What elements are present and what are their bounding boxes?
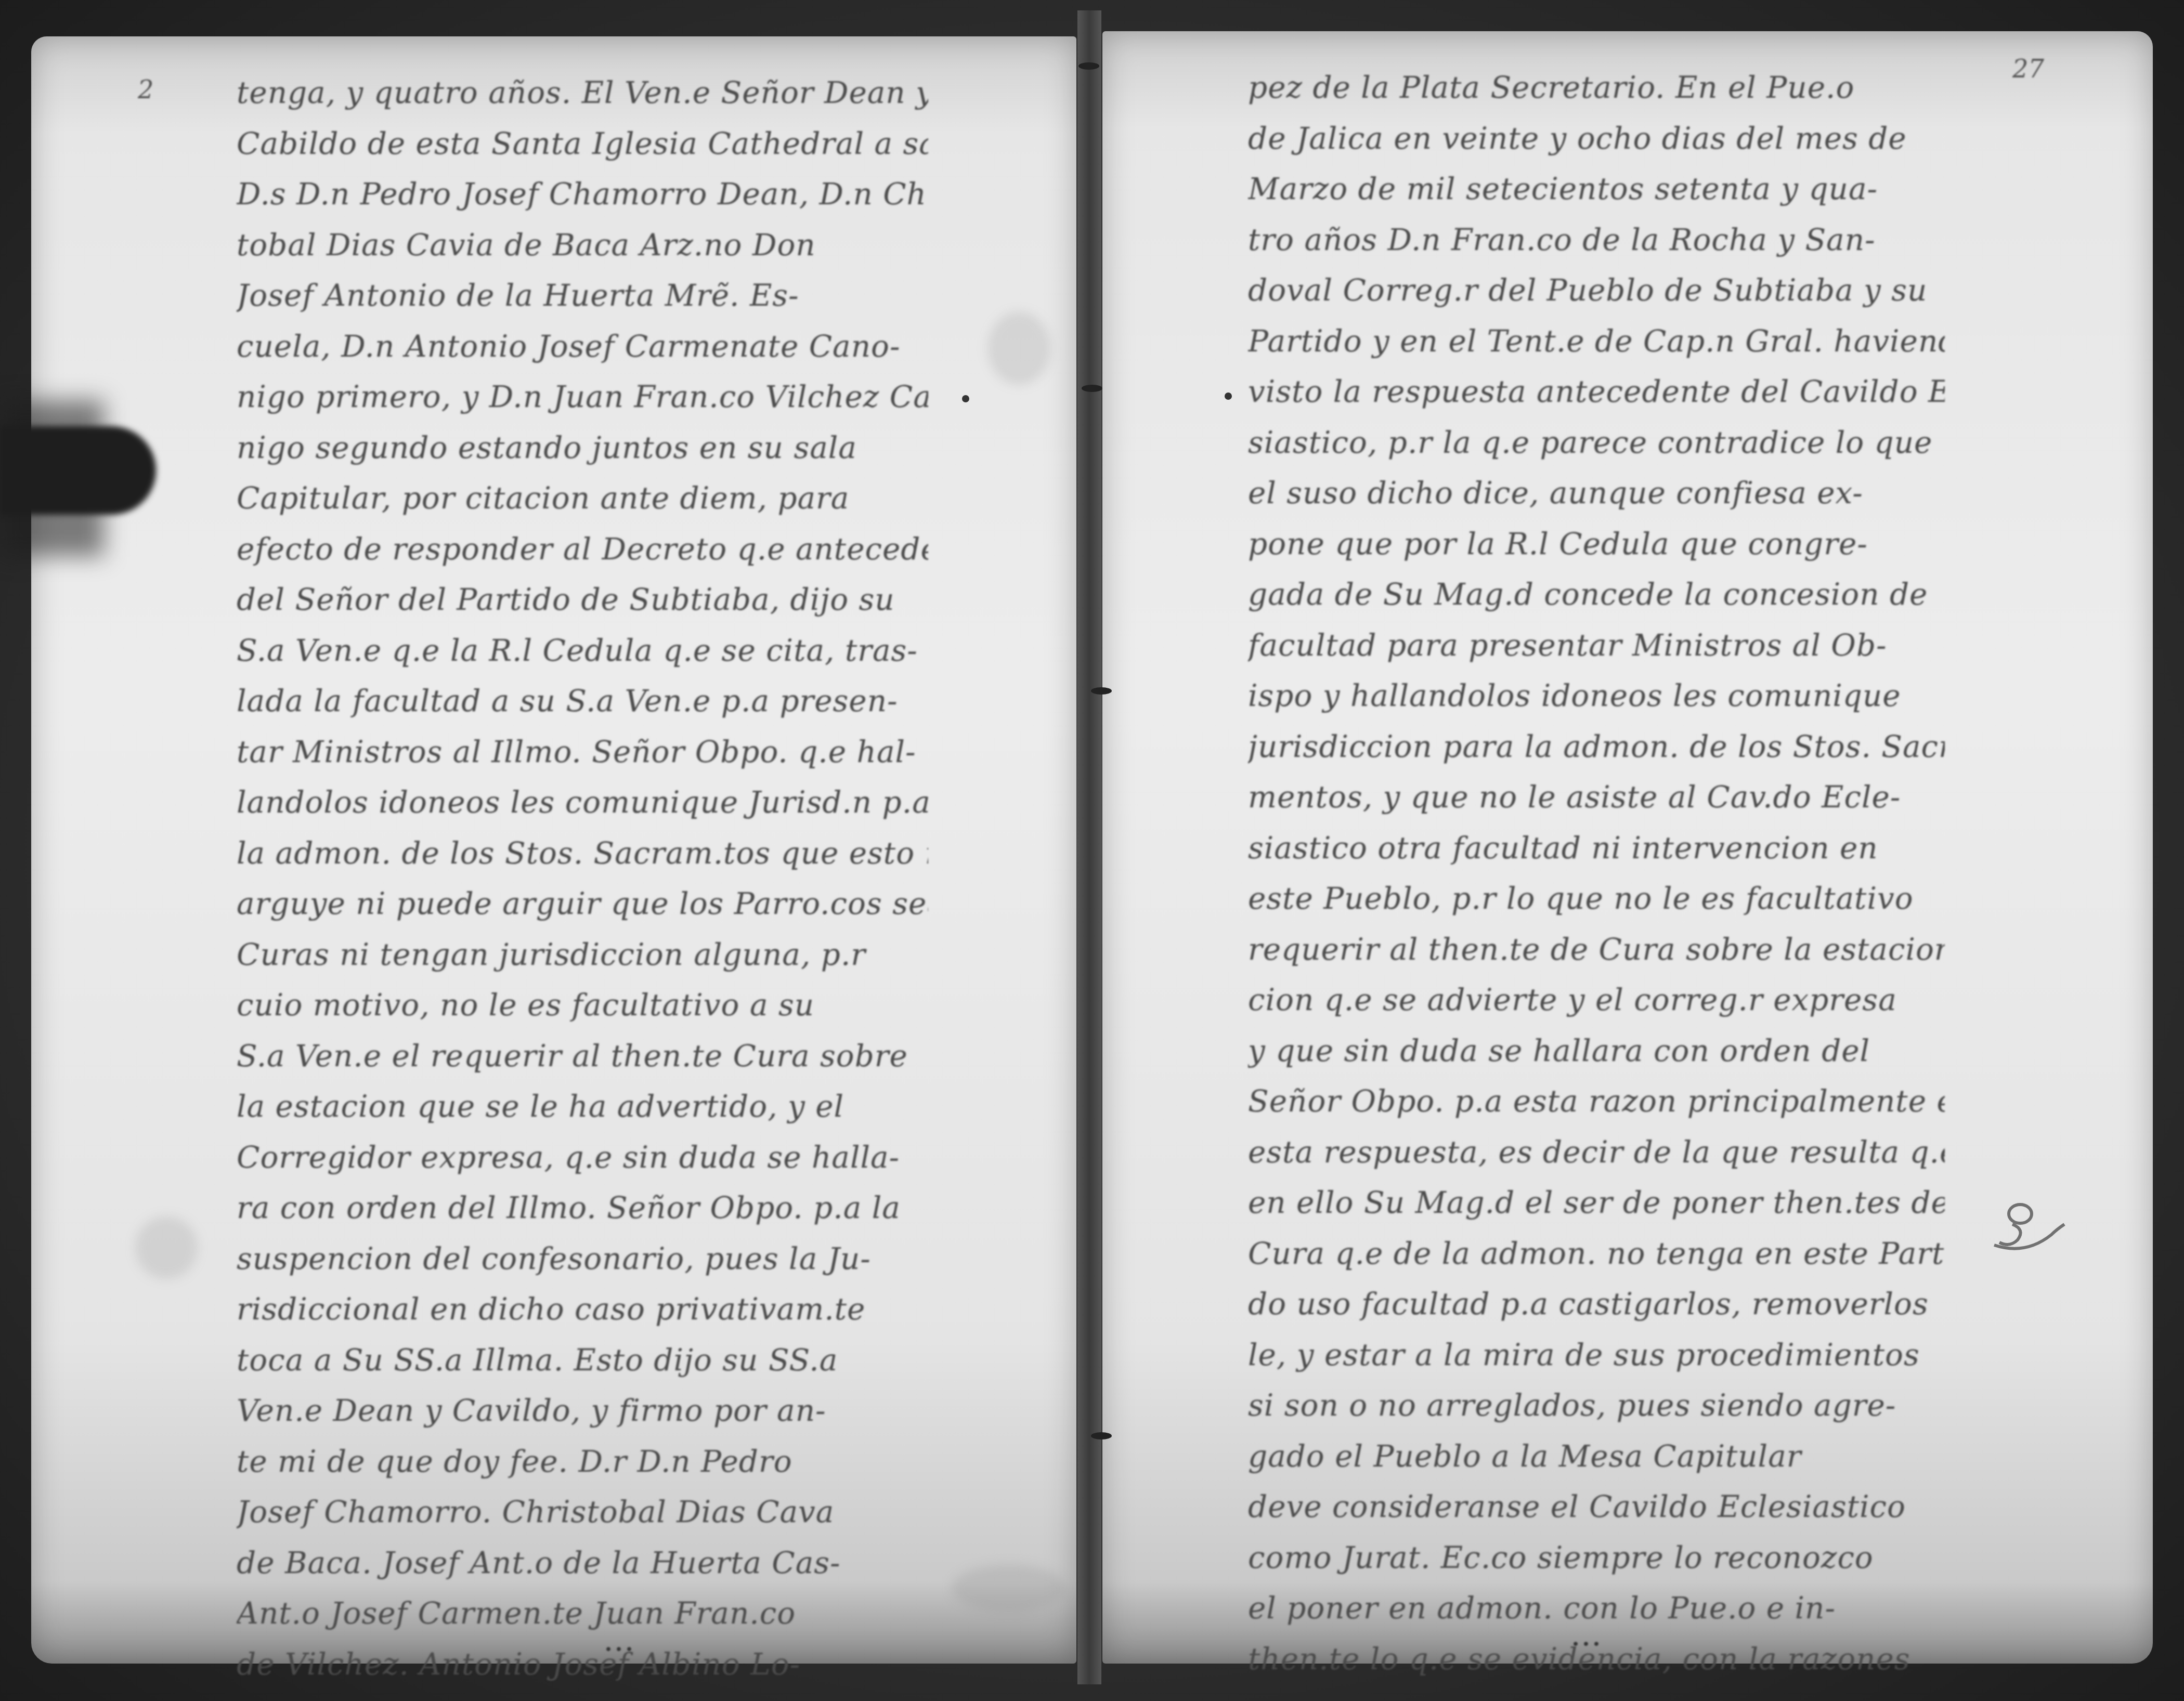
manuscript-line: siastico, p.r la q.e parece contradice l… xyxy=(1248,417,1945,468)
manuscript-line: Ant.o Josef Carmen.te Juan Fran.co xyxy=(237,1588,928,1639)
manuscript-line: este Pueblo, p.r lo que no le es faculta… xyxy=(1248,873,1945,924)
manuscript-line: como Jurat. Ec.co siempre lo reconozco xyxy=(1248,1533,1945,1584)
thumb-shadow xyxy=(0,426,156,515)
manuscript-line: en ello Su Mag.d el ser de poner then.te… xyxy=(1248,1177,1945,1228)
left-catchword: … xyxy=(603,1622,634,1658)
manuscript-line: cion q.e se advierte y el correg.r expre… xyxy=(1248,975,1945,1026)
manuscript-line: Ven.e Dean y Cavildo, y firmo por an- xyxy=(237,1385,928,1436)
manuscript-line: do uso facultad p.a castigarlos, remover… xyxy=(1248,1279,1945,1330)
right-page-text: pez de la Plata Secretario. En el Pue.o … xyxy=(1248,62,1945,1684)
manuscript-line: suspencion del confesonario, pues la Ju- xyxy=(237,1234,928,1285)
manuscript-line: de Baca. Josef Ant.o de la Huerta Cas- xyxy=(237,1538,928,1589)
manuscript-line: Josef Chamorro. Christobal Dias Cava xyxy=(237,1487,928,1538)
left-page-text: tenga, y quatro años. El Ven.e Señor Dea… xyxy=(237,68,928,1690)
paper-stain xyxy=(135,1216,198,1279)
binding-gutter xyxy=(1077,10,1101,1684)
manuscript-line: Cabildo de esta Santa Iglesia Cathedral … xyxy=(237,119,928,169)
manuscript-line: Cura q.e de la admon. no tenga en este P… xyxy=(1248,1228,1945,1279)
manuscript-line: visto la respuesta antecedente del Cavil… xyxy=(1248,367,1945,417)
manuscript-line: ra con orden del Illmo. Señor Obpo. p.a … xyxy=(237,1183,928,1234)
manuscript-line: cuio motivo, no le es facultativo a su xyxy=(237,980,928,1031)
manuscript-line: S.a Ven.e q.e la R.l Cedula q.e se cita,… xyxy=(237,625,928,676)
manuscript-line: ispo y hallandolos idoneos les comunique xyxy=(1248,671,1945,722)
paper-stain xyxy=(952,1565,1066,1612)
gutter-fastener-mark xyxy=(1082,385,1102,392)
manuscript-line: D.s D.n Pedro Josef Chamorro Dean, D.n C… xyxy=(237,169,928,220)
manuscript-line: y que sin duda se hallara con orden del xyxy=(1248,1026,1945,1077)
manuscript-line: toca a Su SS.a Illma. Esto dijo su SS.a xyxy=(237,1335,928,1386)
manuscript-line: Capitular, por citacion ante diem, para xyxy=(237,473,928,524)
right-catchword: … xyxy=(1570,1617,1602,1653)
manuscript-line: jurisdiccion para la admon. de los Stos.… xyxy=(1248,722,1945,773)
manuscript-line: tro años D.n Fran.co de la Rocha y San- xyxy=(1248,215,1945,266)
right-folio-number: 27 xyxy=(2012,55,2044,84)
manuscript-line: Partido y en el Tent.e de Cap.n Gral. ha… xyxy=(1248,316,1945,367)
manuscript-line: gada de Su Mag.d concede la concesion de xyxy=(1248,569,1945,620)
manuscript-line: mentos, y que no le asiste al Cav.do Ecl… xyxy=(1248,772,1945,823)
left-folio-mark: 2 xyxy=(138,75,154,104)
gutter-fastener-mark xyxy=(1091,687,1112,695)
manuscript-line: esta respuesta, es decir de la que resul… xyxy=(1248,1127,1945,1178)
manuscript-line: pone que por la R.l Cedula que congre- xyxy=(1248,519,1945,570)
manuscript-line: facultad para presentar Ministros al Ob- xyxy=(1248,620,1945,671)
manuscript-line: te mi de que doy fee. D.r D.n Pedro xyxy=(237,1436,928,1487)
manuscript-line: el suso dicho dice, aunque confiesa ex- xyxy=(1248,468,1945,519)
manuscript-line: tenga, y quatro años. El Ven.e Señor Dea… xyxy=(237,68,928,119)
manuscript-line: del Señor del Partido de Subtiaba, dijo … xyxy=(237,574,928,625)
manuscript-line: pez de la Plata Secretario. En el Pue.o xyxy=(1248,62,1945,113)
manuscript-line: de Vilchez. Antonio Josef Albino Lo- xyxy=(237,1639,928,1690)
manuscript-line: Marzo de mil setecientos setenta y qua- xyxy=(1248,164,1945,215)
ink-dot xyxy=(962,395,969,402)
manuscript-line: nigo primero, y D.n Juan Fran.co Vilchez… xyxy=(237,372,928,423)
manuscript-line: Josef Antonio de la Huerta Mrẽ. Es- xyxy=(237,270,928,321)
manuscript-line: cuela, D.n Antonio Josef Carmenate Cano- xyxy=(237,321,928,372)
manuscript-line: tobal Dias Cavia de Baca Arz.no Don xyxy=(237,220,928,271)
gutter-fastener-mark xyxy=(1078,62,1099,70)
manuscript-line: landolos idoneos les comunique Jurisd.n … xyxy=(237,777,928,828)
manuscript-line: S.a Ven.e el requerir al then.te Cura so… xyxy=(237,1031,928,1082)
manuscript-line: arguye ni puede arguir que los Parro.cos… xyxy=(237,879,928,930)
manuscript-line: de Jalica en veinte y ocho dias del mes … xyxy=(1248,113,1945,164)
manuscript-line: efecto de responder al Decreto q.e antec… xyxy=(237,524,928,575)
manuscript-line: la admon. de los Stos. Sacram.tos que es… xyxy=(237,828,928,879)
gutter-fastener-mark xyxy=(1091,1432,1112,1440)
manuscript-line: tar Ministros al Illmo. Señor Obpo. q.e … xyxy=(237,727,928,778)
manuscript-line: requerir al then.te de Cura sobre la est… xyxy=(1248,924,1945,975)
manuscript-line: siastico otra facultad ni intervencion e… xyxy=(1248,823,1945,874)
manuscript-line: le, y estar a la mira de sus procedimien… xyxy=(1248,1330,1945,1381)
manuscript-line: lada la facultad a su S.a Ven.e p.a pres… xyxy=(237,676,928,727)
manuscript-line: Curas ni tengan jurisdiccion alguna, p.r xyxy=(237,930,928,980)
manuscript-line: gado el Pueblo a la Mesa Capitular xyxy=(1248,1431,1945,1482)
manuscript-line: risdiccional en dicho caso privativam.te xyxy=(237,1284,928,1335)
manuscript-line: si son o no arreglados, pues siendo agre… xyxy=(1248,1380,1945,1431)
paper-stain xyxy=(988,312,1050,385)
manuscript-line: Señor Obpo. p.a esta razon principalment… xyxy=(1248,1076,1945,1127)
manuscript-line: nigo segundo estando juntos en su sala xyxy=(237,423,928,474)
rubric-flourish-icon xyxy=(1992,1196,2070,1258)
ink-dot xyxy=(1225,392,1232,400)
manuscript-line: doval Correg.r del Pueblo de Subtiaba y … xyxy=(1248,265,1945,316)
manuscript-line: deve consideranse el Cavildo Eclesiastic… xyxy=(1248,1482,1945,1533)
manuscript-line: Corregidor expresa, q.e sin duda se hall… xyxy=(237,1132,928,1183)
manuscript-line: la estacion que se le ha advertido, y el xyxy=(237,1081,928,1132)
